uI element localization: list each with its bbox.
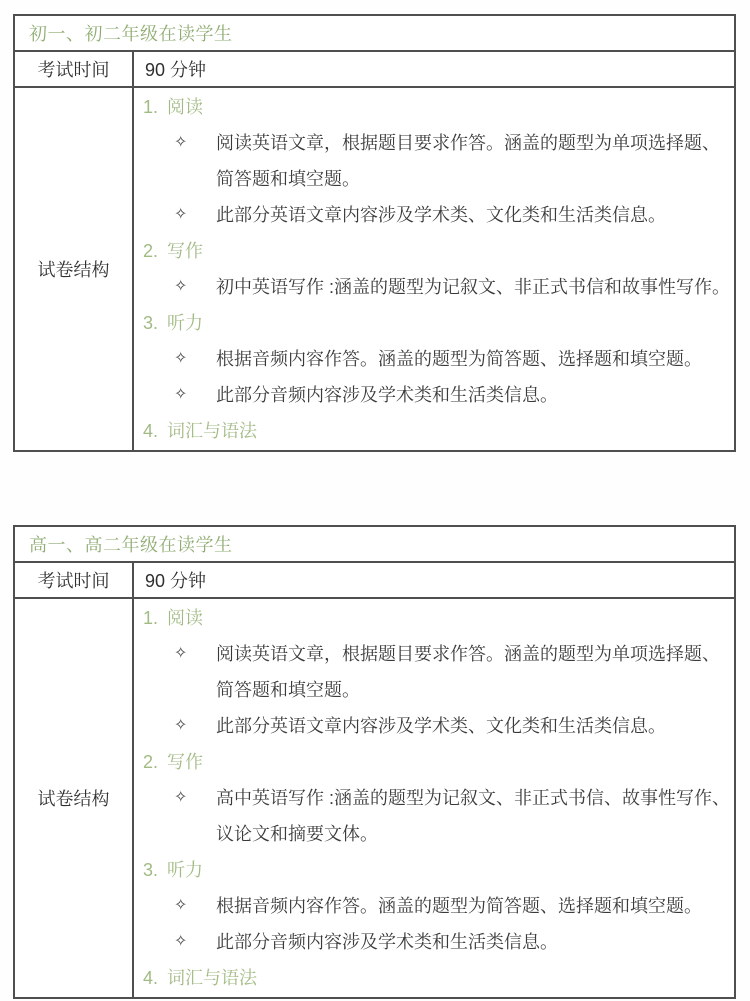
table-title: 高一、高二年级在读学生 bbox=[14, 526, 735, 562]
bullet-text: 根据音频内容作答。涵盖的题型为简答题、选择题和填空题。 bbox=[216, 341, 734, 377]
section-title: 听力 bbox=[167, 860, 203, 880]
section-heading: 2.写作 bbox=[134, 233, 734, 269]
exam-time-label: 考试时间 bbox=[14, 562, 133, 598]
section-heading: 4.词汇与语法 bbox=[134, 413, 734, 449]
section-number: 3. bbox=[143, 305, 167, 341]
bullet-text: 此部分英语文章内容涉及学术类、文化类和生活类信息。 bbox=[216, 197, 734, 233]
section-heading: 1.阅读 bbox=[134, 89, 734, 125]
section-heading: 3.听力 bbox=[134, 305, 734, 341]
exam-time-label: 考试时间 bbox=[14, 51, 133, 87]
diamond-bullet-icon: ✧ bbox=[134, 197, 216, 233]
bullet-text: 阅读英语文章，根据题目要求作答。涵盖的题型为单项选择题、简答题和填空题。 bbox=[216, 125, 734, 197]
section-number: 4. bbox=[143, 413, 167, 449]
bullet-item: ✧ 此部分音频内容涉及学术类和生活类信息。 bbox=[134, 924, 734, 960]
bullet-text: 阅读英语文章，根据题目要求作答。涵盖的题型为单项选择题、简答题和填空题。 bbox=[216, 636, 734, 708]
table-title-row: 初一、初二年级在读学生 bbox=[14, 15, 735, 51]
exam-time-value: 90 分钟 bbox=[133, 562, 735, 598]
structure-section: 1.阅读 ✧ 阅读英语文章，根据题目要求作答。涵盖的题型为单项选择题、简答题和填… bbox=[134, 600, 734, 744]
bullet-item: ✧ 初中英语写作 :涵盖的题型为记叙文、非正式书信和故事性写作。 bbox=[134, 269, 734, 305]
section-heading: 4.词汇与语法 bbox=[134, 960, 734, 996]
exam-time-row: 考试时间 90 分钟 bbox=[14, 51, 735, 87]
exam-time-row: 考试时间 90 分钟 bbox=[14, 562, 735, 598]
diamond-bullet-icon: ✧ bbox=[134, 377, 216, 413]
bullet-text: 高中英语写作 :涵盖的题型为记叙文、非正式书信、故事性写作、议论文和摘要文体。 bbox=[216, 780, 734, 852]
exam-tables-container: 初一、初二年级在读学生 考试时间 90 分钟 试卷结构 1.阅读 ✧ 阅读英语文… bbox=[13, 14, 737, 999]
section-number: 1. bbox=[143, 600, 167, 636]
section-title: 写作 bbox=[167, 241, 203, 261]
structure-section: 3.听力 ✧ 根据音频内容作答。涵盖的题型为简答题、选择题和填空题。 ✧ 此部分… bbox=[134, 305, 734, 413]
bullet-item: ✧ 此部分音频内容涉及学术类和生活类信息。 bbox=[134, 377, 734, 413]
diamond-bullet-icon: ✧ bbox=[134, 636, 216, 708]
paper-structure-content: 1.阅读 ✧ 阅读英语文章，根据题目要求作答。涵盖的题型为单项选择题、简答题和填… bbox=[133, 87, 735, 451]
structure-section: 3.听力 ✧ 根据音频内容作答。涵盖的题型为简答题、选择题和填空题。 ✧ 此部分… bbox=[134, 852, 734, 960]
exam-table: 高一、高二年级在读学生 考试时间 90 分钟 试卷结构 1.阅读 ✧ 阅读英语文… bbox=[13, 525, 736, 999]
table-title: 初一、初二年级在读学生 bbox=[14, 15, 735, 51]
diamond-bullet-icon: ✧ bbox=[134, 780, 216, 852]
section-number: 3. bbox=[143, 852, 167, 888]
structure-section: 1.阅读 ✧ 阅读英语文章，根据题目要求作答。涵盖的题型为单项选择题、简答题和填… bbox=[134, 89, 734, 233]
bullet-text: 初中英语写作 :涵盖的题型为记叙文、非正式书信和故事性写作。 bbox=[216, 269, 734, 305]
section-title: 词汇与语法 bbox=[167, 421, 257, 441]
diamond-bullet-icon: ✧ bbox=[134, 888, 216, 924]
bullet-item: ✧ 此部分英语文章内容涉及学术类、文化类和生活类信息。 bbox=[134, 708, 734, 744]
section-number: 1. bbox=[143, 89, 167, 125]
exam-time-value: 90 分钟 bbox=[133, 51, 735, 87]
diamond-bullet-icon: ✧ bbox=[134, 269, 216, 305]
structure-section: 2.写作 ✧ 高中英语写作 :涵盖的题型为记叙文、非正式书信、故事性写作、议论文… bbox=[134, 744, 734, 852]
bullet-item: ✧ 根据音频内容作答。涵盖的题型为简答题、选择题和填空题。 bbox=[134, 888, 734, 924]
section-number: 2. bbox=[143, 744, 167, 780]
bullet-item: ✧ 阅读英语文章，根据题目要求作答。涵盖的题型为单项选择题、简答题和填空题。 bbox=[134, 125, 734, 197]
section-title: 阅读 bbox=[167, 97, 203, 117]
section-number: 4. bbox=[143, 960, 167, 996]
section-heading: 1.阅读 bbox=[134, 600, 734, 636]
diamond-bullet-icon: ✧ bbox=[134, 125, 216, 197]
bullet-item: ✧ 阅读英语文章，根据题目要求作答。涵盖的题型为单项选择题、简答题和填空题。 bbox=[134, 636, 734, 708]
section-title: 词汇与语法 bbox=[167, 968, 257, 988]
bullet-item: ✧ 高中英语写作 :涵盖的题型为记叙文、非正式书信、故事性写作、议论文和摘要文体… bbox=[134, 780, 734, 852]
exam-table: 初一、初二年级在读学生 考试时间 90 分钟 试卷结构 1.阅读 ✧ 阅读英语文… bbox=[13, 14, 736, 452]
section-title: 阅读 bbox=[167, 608, 203, 628]
paper-structure-row: 试卷结构 1.阅读 ✧ 阅读英语文章，根据题目要求作答。涵盖的题型为单项选择题、… bbox=[14, 598, 735, 998]
bullet-item: ✧ 此部分英语文章内容涉及学术类、文化类和生活类信息。 bbox=[134, 197, 734, 233]
section-heading: 2.写作 bbox=[134, 744, 734, 780]
diamond-bullet-icon: ✧ bbox=[134, 341, 216, 377]
section-title: 听力 bbox=[167, 313, 203, 333]
bullet-item: ✧ 根据音频内容作答。涵盖的题型为简答题、选择题和填空题。 bbox=[134, 341, 734, 377]
section-title: 写作 bbox=[167, 752, 203, 772]
structure-section: 2.写作 ✧ 初中英语写作 :涵盖的题型为记叙文、非正式书信和故事性写作。 bbox=[134, 233, 734, 305]
paper-structure-content: 1.阅读 ✧ 阅读英语文章，根据题目要求作答。涵盖的题型为单项选择题、简答题和填… bbox=[133, 598, 735, 998]
structure-section: 4.词汇与语法 bbox=[134, 960, 734, 996]
bullet-text: 根据音频内容作答。涵盖的题型为简答题、选择题和填空题。 bbox=[216, 888, 734, 924]
bullet-text: 此部分音频内容涉及学术类和生活类信息。 bbox=[216, 377, 734, 413]
document-page: 初一、初二年级在读学生 考试时间 90 分钟 试卷结构 1.阅读 ✧ 阅读英语文… bbox=[0, 0, 750, 1001]
structure-section: 4.词汇与语法 bbox=[134, 413, 734, 449]
section-heading: 3.听力 bbox=[134, 852, 734, 888]
paper-structure-label: 试卷结构 bbox=[14, 598, 133, 998]
paper-structure-row: 试卷结构 1.阅读 ✧ 阅读英语文章，根据题目要求作答。涵盖的题型为单项选择题、… bbox=[14, 87, 735, 451]
paper-structure-label: 试卷结构 bbox=[14, 87, 133, 451]
section-number: 2. bbox=[143, 233, 167, 269]
diamond-bullet-icon: ✧ bbox=[134, 924, 216, 960]
bullet-text: 此部分英语文章内容涉及学术类、文化类和生活类信息。 bbox=[216, 708, 734, 744]
table-title-row: 高一、高二年级在读学生 bbox=[14, 526, 735, 562]
bullet-text: 此部分音频内容涉及学术类和生活类信息。 bbox=[216, 924, 734, 960]
diamond-bullet-icon: ✧ bbox=[134, 708, 216, 744]
